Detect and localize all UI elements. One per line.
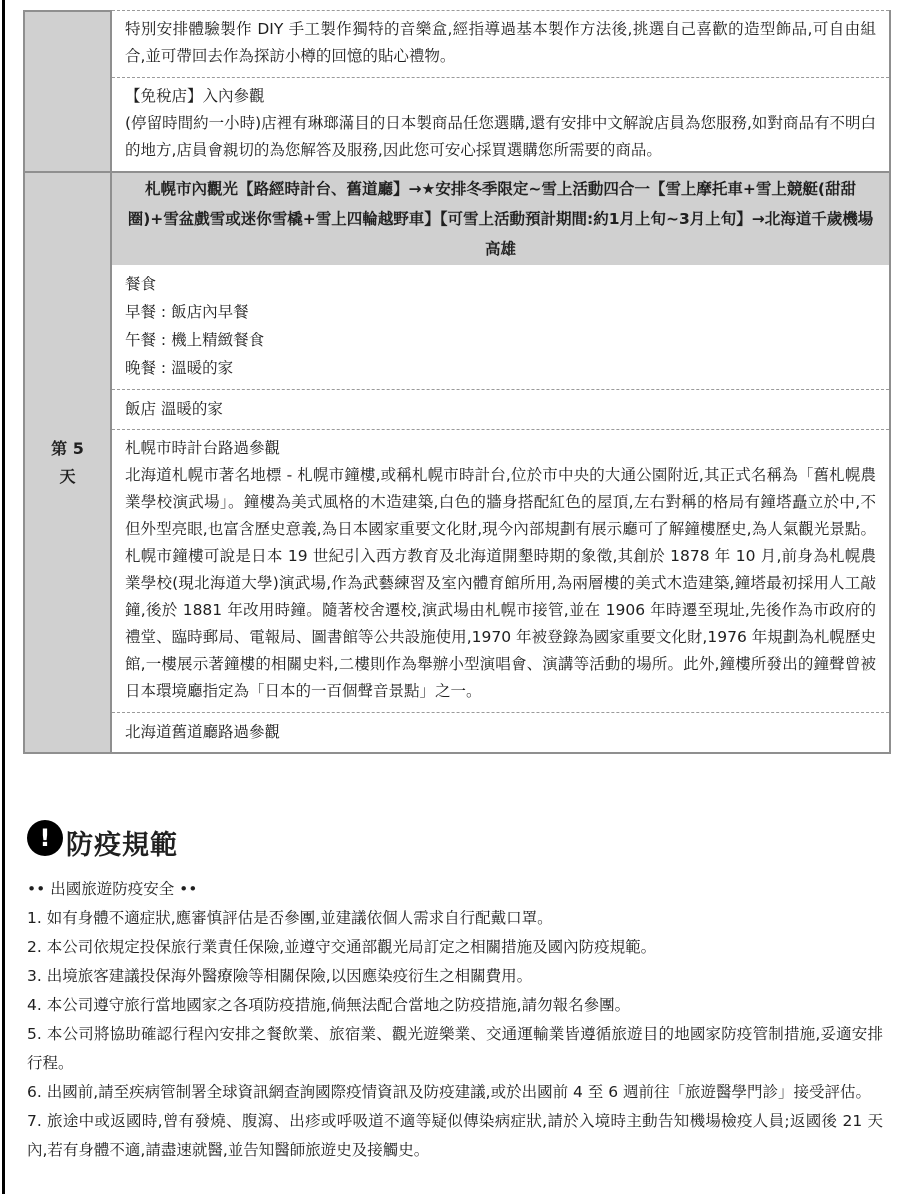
clock-tower-block: 札幌市時計台路過參觀 北海道札幌市著名地標 - 札幌市鐘樓,或稱札幌市時計台,位… — [112, 429, 889, 712]
covid-title: 防疫規範 — [66, 823, 178, 862]
clock-tower-paragraph: 北海道札幌市著名地標 - 札幌市鐘樓,或稱札幌市時計台,位於市中央的大通公園附近… — [125, 462, 876, 705]
covid-heading: ! 防疫規範 — [27, 820, 883, 864]
left-page-border — [2, 0, 5, 1194]
day5-route-header: 札幌市內觀光【路經時計台、舊道廳】→★安排冬季限定~雪上活動四合一【雪上摩托車+… — [112, 173, 889, 265]
covid-rule: 7. 旅途中或返國時,曾有發燒、腹瀉、出疹或呼吸道不適等疑似傳染病症狀,請於入境… — [27, 1107, 883, 1165]
day5-label: 第 5 天 — [51, 435, 84, 491]
breakfast-line: 早餐 : 飯店內早餐 — [125, 298, 876, 326]
duty-free-paragraph: (停留時間約一小時)店裡有琳瑯滿目的日本製商品任您選購,還有安排中文解說店員為您… — [125, 110, 876, 164]
day5-content-cell: 札幌市內觀光【路經時計台、舊道廳】→★安排冬季限定~雪上活動四合一【雪上摩托車+… — [112, 173, 889, 752]
covid-rule: 2. 本公司依規定投保旅行業責任保險,並遵守交通部觀光局訂定之相關措施及國內防疫… — [27, 933, 883, 962]
covid-rule: 6. 出國前,請至疾病管制署全球資訊網查詢國際疫情資訊及防疫建議,或於出國前 4… — [27, 1078, 883, 1107]
meals-title: 餐食 — [125, 270, 876, 298]
day4-content-cell: 特別安排體驗製作 DIY 手工製作獨特的音樂盒,經指導過基本製作方法後,挑選自己… — [112, 10, 889, 171]
duty-free-title: 【免稅店】入內參觀 — [125, 83, 876, 110]
table-row-day5: 第 5 天 札幌市內觀光【路經時計台、舊道廳】→★安排冬季限定~雪上活動四合一【… — [25, 171, 889, 752]
covid-rule: 4. 本公司遵守旅行當地國家之各項防疫措施,倘無法配合當地之防疫措施,請勿報名參… — [27, 991, 883, 1020]
covid-rule: 3. 出境旅客建議投保海外醫療險等相關保險,以因應染疫衍生之相關費用。 — [27, 962, 883, 991]
dinner-line: 晚餐 : 溫暖的家 — [125, 354, 876, 382]
itinerary-document-page: 特別安排體驗製作 DIY 手工製作獨特的音樂盒,經指導過基本製作方法後,挑選自己… — [0, 0, 909, 1194]
music-box-paragraph: 特別安排體驗製作 DIY 手工製作獨特的音樂盒,經指導過基本製作方法後,挑選自己… — [112, 11, 889, 77]
day5-column-cell: 第 5 天 — [25, 173, 112, 752]
old-government-hall-line: 北海道舊道廳路過參觀 — [112, 712, 889, 752]
covid-section: ! 防疫規範 •• 出國旅遊防疫安全 •• 1. 如有身體不適症狀,應審慎評估是… — [27, 820, 883, 1165]
hotel-line: 飯店 溫暖的家 — [112, 389, 889, 429]
clock-tower-title: 札幌市時計台路過參觀 — [125, 435, 876, 462]
covid-rule: 1. 如有身體不適症狀,應審慎評估是否參團,並建議依個人需求自行配戴口罩。 — [27, 904, 883, 933]
duty-free-block: 【免稅店】入內參觀 (停留時間約一小時)店裡有琳瑯滿目的日本製商品任您選購,還有… — [112, 77, 889, 171]
table-row-day4-remainder: 特別安排體驗製作 DIY 手工製作獨特的音樂盒,經指導過基本製作方法後,挑選自己… — [25, 10, 889, 171]
meals-block: 餐食 早餐 : 飯店內早餐 午餐 : 機上精緻餐食 晚餐 : 溫暖的家 — [112, 265, 889, 389]
exclamation-circle-icon: ! — [27, 820, 63, 856]
day-column-cell-empty — [25, 10, 112, 171]
itinerary-table: 特別安排體驗製作 DIY 手工製作獨特的音樂盒,經指導過基本製作方法後,挑選自己… — [23, 10, 891, 754]
lunch-line: 午餐 : 機上精緻餐食 — [125, 326, 876, 354]
covid-rules-list: 1. 如有身體不適症狀,應審慎評估是否參團,並建議依個人需求自行配戴口罩。 2.… — [27, 904, 883, 1165]
covid-rule: 5. 本公司將協助確認行程內安排之餐飲業、旅宿業、觀光遊樂業、交通運輸業皆遵循旅… — [27, 1020, 883, 1078]
covid-subtitle: •• 出國旅遊防疫安全 •• — [27, 876, 883, 902]
